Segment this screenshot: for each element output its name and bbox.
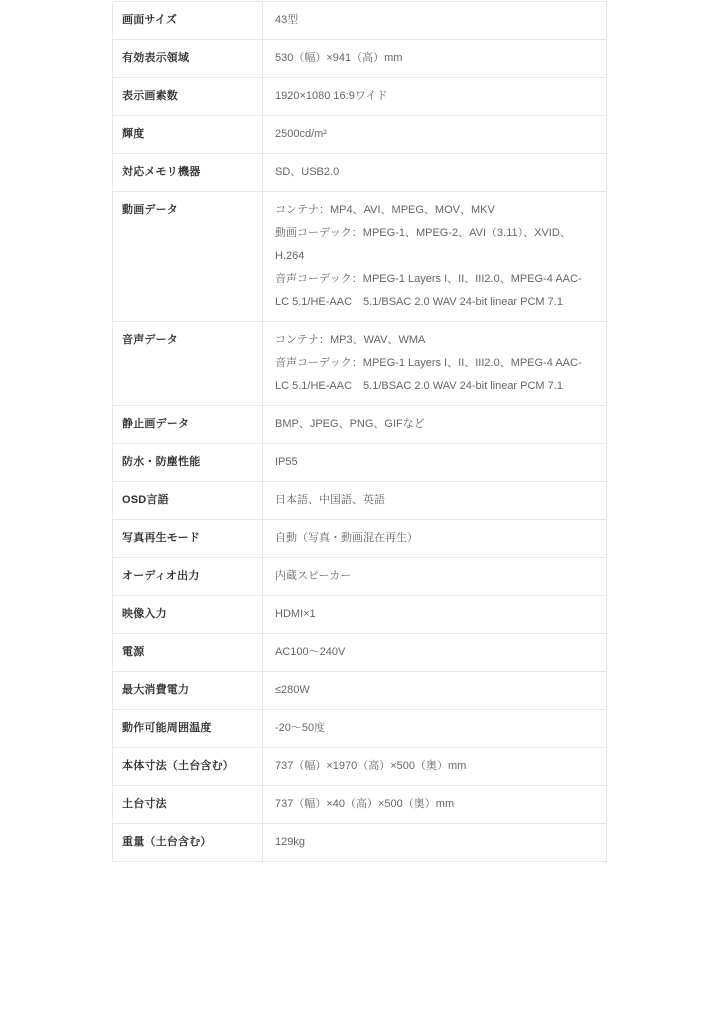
- spec-row-resolution: 表示画素数 1920×1080 16:9ワイド: [113, 78, 607, 116]
- spec-row-photo-playback-mode: 写真再生モード 自動（写真・動画混在再生）: [113, 520, 607, 558]
- spec-value: 2500cd/m²: [263, 116, 607, 154]
- spec-value: HDMI×1: [263, 596, 607, 634]
- spec-value: 43型: [263, 2, 607, 40]
- spec-row-operating-temperature: 動作可能周囲温度 -20～50度: [113, 710, 607, 748]
- spec-value: -20～50度: [263, 710, 607, 748]
- spec-row-screen-size: 画面サイズ 43型: [113, 2, 607, 40]
- spec-label: 動画データ: [113, 192, 263, 322]
- page-background: 画面サイズ 43型 有効表示領域 530（幅）×941（高）mm 表示画素数 1…: [0, 0, 724, 1024]
- spec-row-base-dimensions: 土台寸法 737（幅）×40（高）×500（奥）mm: [113, 786, 607, 824]
- spec-row-waterproof-dustproof: 防水・防塵性能 IP55: [113, 444, 607, 482]
- spec-row-display-area: 有効表示領域 530（幅）×941（高）mm: [113, 40, 607, 78]
- spec-row-memory-devices: 対応メモリ機器 SD、USB2.0: [113, 154, 607, 192]
- spec-value: IP55: [263, 444, 607, 482]
- spec-value: 737（幅）×1970（高）×500（奥）mm: [263, 748, 607, 786]
- spec-label: 本体寸法（土台含む）: [113, 748, 263, 786]
- spec-label: 最大消費電力: [113, 672, 263, 710]
- spec-row-osd-language: OSD言語 日本語、中国語、英語: [113, 482, 607, 520]
- spec-label: 重量（土台含む）: [113, 824, 263, 862]
- spec-label: 動作可能周囲温度: [113, 710, 263, 748]
- spec-value: AC100～240V: [263, 634, 607, 672]
- spec-label: 画面サイズ: [113, 2, 263, 40]
- spec-row-body-dimensions: 本体寸法（土台含む） 737（幅）×1970（高）×500（奥）mm: [113, 748, 607, 786]
- spec-value: 737（幅）×40（高）×500（奥）mm: [263, 786, 607, 824]
- spec-value: ≤280W: [263, 672, 607, 710]
- spec-label: 輝度: [113, 116, 263, 154]
- spec-label: 映像入力: [113, 596, 263, 634]
- spec-value: 日本語、中国語、英語: [263, 482, 607, 520]
- spec-row-still-image-data: 静止画データ BMP、JPEG、PNG、GIFなど: [113, 406, 607, 444]
- spec-label: 静止画データ: [113, 406, 263, 444]
- spec-row-audio-data: 音声データ コンテナ：MP3、WAV、WMA 音声コーデック：MPEG-1 La…: [113, 322, 607, 406]
- spec-label: 音声データ: [113, 322, 263, 406]
- spec-label: オーディオ出力: [113, 558, 263, 596]
- spec-label: 電源: [113, 634, 263, 672]
- spec-label: OSD言語: [113, 482, 263, 520]
- spec-row-power-supply: 電源 AC100～240V: [113, 634, 607, 672]
- spec-row-video-input: 映像入力 HDMI×1: [113, 596, 607, 634]
- spec-row-max-power-consumption: 最大消費電力 ≤280W: [113, 672, 607, 710]
- spec-row-brightness: 輝度 2500cd/m²: [113, 116, 607, 154]
- spec-value: コンテナ：MP4、AVI、MPEG、MOV、MKV 動画コーデック：MPEG-1…: [263, 192, 607, 322]
- spec-value: 1920×1080 16:9ワイド: [263, 78, 607, 116]
- spec-value: 530（幅）×941（高）mm: [263, 40, 607, 78]
- spec-value: BMP、JPEG、PNG、GIFなど: [263, 406, 607, 444]
- spec-value: 内蔵スピーカー: [263, 558, 607, 596]
- spec-row-audio-output: オーディオ出力 内蔵スピーカー: [113, 558, 607, 596]
- spec-label: 表示画素数: [113, 78, 263, 116]
- spec-row-video-data: 動画データ コンテナ：MP4、AVI、MPEG、MOV、MKV 動画コーデック：…: [113, 192, 607, 322]
- spec-label: 対応メモリ機器: [113, 154, 263, 192]
- spec-value: 自動（写真・動画混在再生）: [263, 520, 607, 558]
- spec-row-weight: 重量（土台含む） 129kg: [113, 824, 607, 862]
- spec-value: SD、USB2.0: [263, 154, 607, 192]
- spec-value: 129kg: [263, 824, 607, 862]
- spec-label: 土台寸法: [113, 786, 263, 824]
- spec-label: 防水・防塵性能: [113, 444, 263, 482]
- spec-label: 写真再生モード: [113, 520, 263, 558]
- spec-value: コンテナ：MP3、WAV、WMA 音声コーデック：MPEG-1 Layers I…: [263, 322, 607, 406]
- spec-label: 有効表示領域: [113, 40, 263, 78]
- spec-table: 画面サイズ 43型 有効表示領域 530（幅）×941（高）mm 表示画素数 1…: [112, 1, 607, 862]
